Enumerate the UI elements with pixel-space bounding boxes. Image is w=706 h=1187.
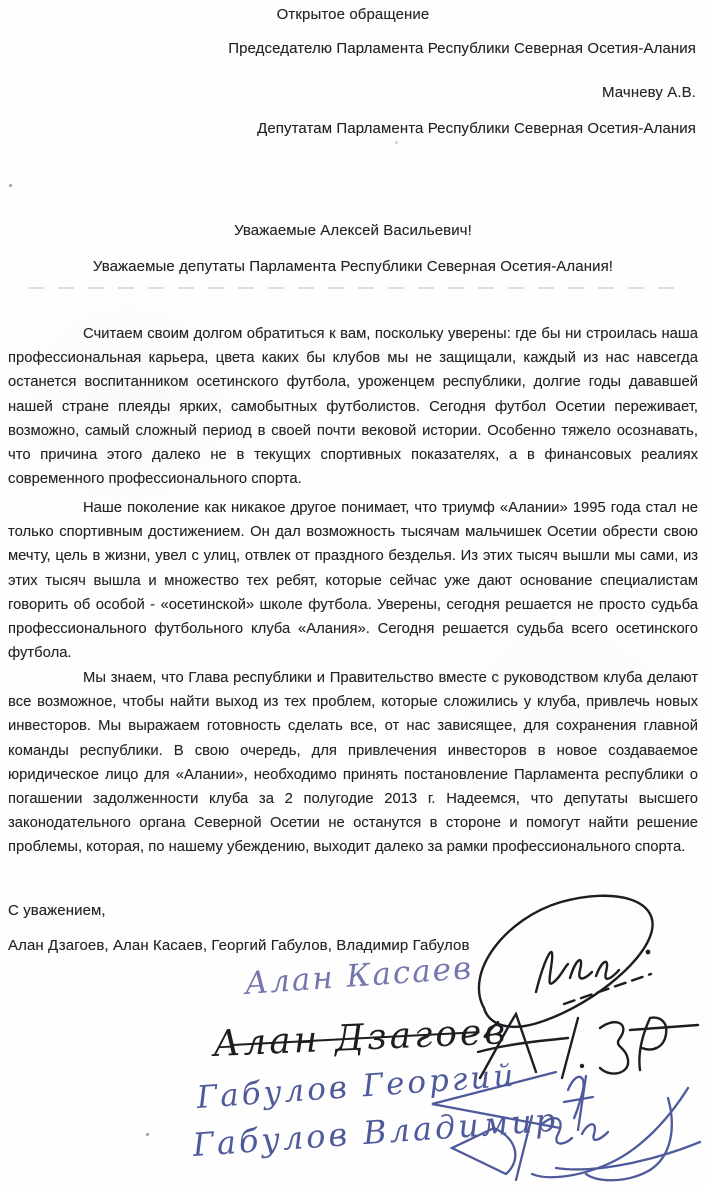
letter-title: Открытое обращение	[0, 6, 706, 23]
scan-speck	[395, 141, 398, 144]
scan-streak-artifact	[28, 287, 680, 289]
signatories-line: Алан Дзагоев, Алан Касаев, Георгий Габул…	[8, 937, 470, 954]
scanned-letter-page: Открытое обращение Председателю Парламен…	[0, 0, 706, 1187]
gabulov-vladimir-signature-mark	[436, 1082, 704, 1187]
regards-line: С уважением,	[8, 902, 106, 919]
addressee-deputies: Депутатам Парламента Республики Северная…	[257, 120, 696, 137]
paragraph-2: Наше поколение как никакое другое понима…	[8, 496, 698, 665]
scan-speck	[146, 1133, 149, 1136]
paragraph-1: Считаем своим долгом обратиться к вам, п…	[8, 322, 698, 491]
salutation-deputies: Уважаемые депутаты Парламента Республики…	[0, 258, 706, 275]
addressee-machnev: Мачневу А.В.	[602, 84, 696, 101]
scan-speck	[9, 184, 12, 187]
paragraph-3: Мы знаем, что Глава республики и Правите…	[8, 666, 698, 860]
salutation-chairman: Уважаемые Алексей Васильевич!	[0, 222, 706, 239]
addressee-chairman: Председателю Парламента Республики Север…	[228, 40, 696, 57]
kasaev-handwritten-name: Алан Касаев	[243, 950, 474, 1002]
